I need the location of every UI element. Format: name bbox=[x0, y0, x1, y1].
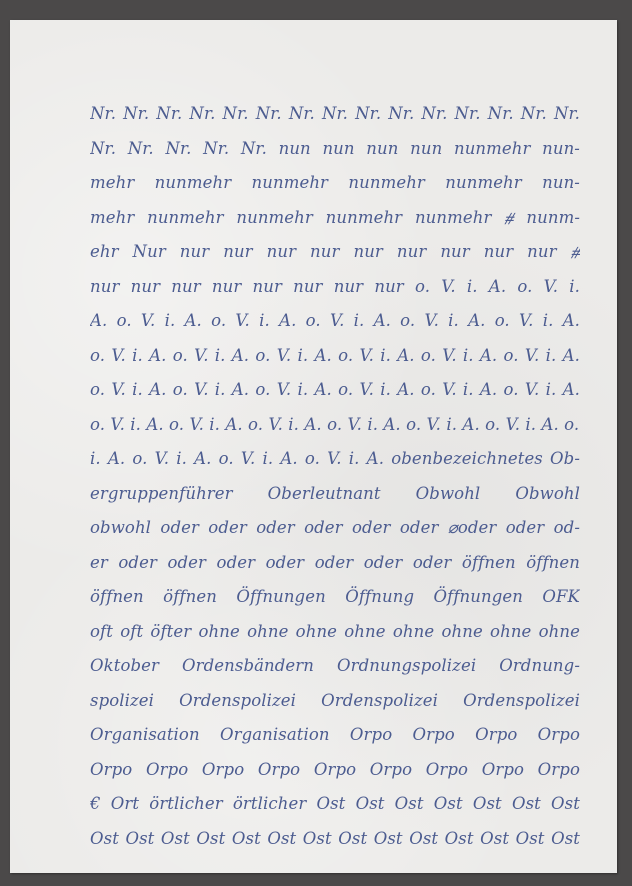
text-line: mehr nunmehr nunmehr nunmehr nunmehr nun… bbox=[90, 169, 580, 204]
text-line: Orpo Orpo Orpo Orpo Orpo Orpo Orpo Orpo … bbox=[90, 756, 580, 791]
text-line: öffnen öffnen Öffnungen Öffnung Öffnunge… bbox=[90, 583, 580, 618]
text-line: spolizei Ordenspolizei Ordenspolizei Ord… bbox=[90, 687, 580, 722]
text-line: mehr nunmehr nunmehr nunmehr nunmehr ⧣ n… bbox=[90, 204, 580, 239]
text-line: Oktober Ordensbändern Ordnungspolizei Or… bbox=[90, 652, 580, 687]
text-line: o. V. i. A. o. V. i. A. o. V. i. A. o. V… bbox=[90, 411, 580, 446]
text-line: er oder oder oder oder oder oder oder öf… bbox=[90, 549, 580, 584]
text-line: € Ort örtlicher örtlicher Ost Ost Ost Os… bbox=[90, 790, 580, 825]
text-line: obwohl oder oder oder oder oder oder ⌀od… bbox=[90, 514, 580, 549]
text-line: oft oft öfter ohne ohne ohne ohne ohne o… bbox=[90, 618, 580, 653]
text-line: i. A. o. V. i. A. o. V. i. A. o. V. i. A… bbox=[90, 445, 580, 480]
text-line: Nr. Nr. Nr. Nr. Nr. nun nun nun nun nunm… bbox=[90, 135, 580, 170]
text-line: o. V. i. A. o. V. i. A. o. V. i. A. o. V… bbox=[90, 342, 580, 377]
paper-sheet: Nr. Nr. Nr. Nr. Nr. Nr. Nr. Nr. Nr. Nr. … bbox=[10, 20, 617, 873]
text-line: ergruppenführer Oberleutnant Obwohl Obwo… bbox=[90, 480, 580, 515]
text-line: A. o. V. i. A. o. V. i. A. o. V. i. A. o… bbox=[90, 307, 580, 342]
text-line: o. V. i. A. o. V. i. A. o. V. i. A. o. V… bbox=[90, 376, 580, 411]
handwritten-text-block: Nr. Nr. Nr. Nr. Nr. Nr. Nr. Nr. Nr. Nr. … bbox=[90, 100, 580, 859]
text-line: Ost Ost Ost Ost Ost Ost Ost Ost Ost Ost … bbox=[90, 825, 580, 860]
text-line: ehr Nur nur nur nur nur nur nur nur nur … bbox=[90, 238, 580, 273]
text-line: Nr. Nr. Nr. Nr. Nr. Nr. Nr. Nr. Nr. Nr. … bbox=[90, 100, 580, 135]
text-line: Organisation Organisation Orpo Orpo Orpo… bbox=[90, 721, 580, 756]
text-line: nur nur nur nur nur nur nur nur o. V. i.… bbox=[90, 273, 580, 308]
